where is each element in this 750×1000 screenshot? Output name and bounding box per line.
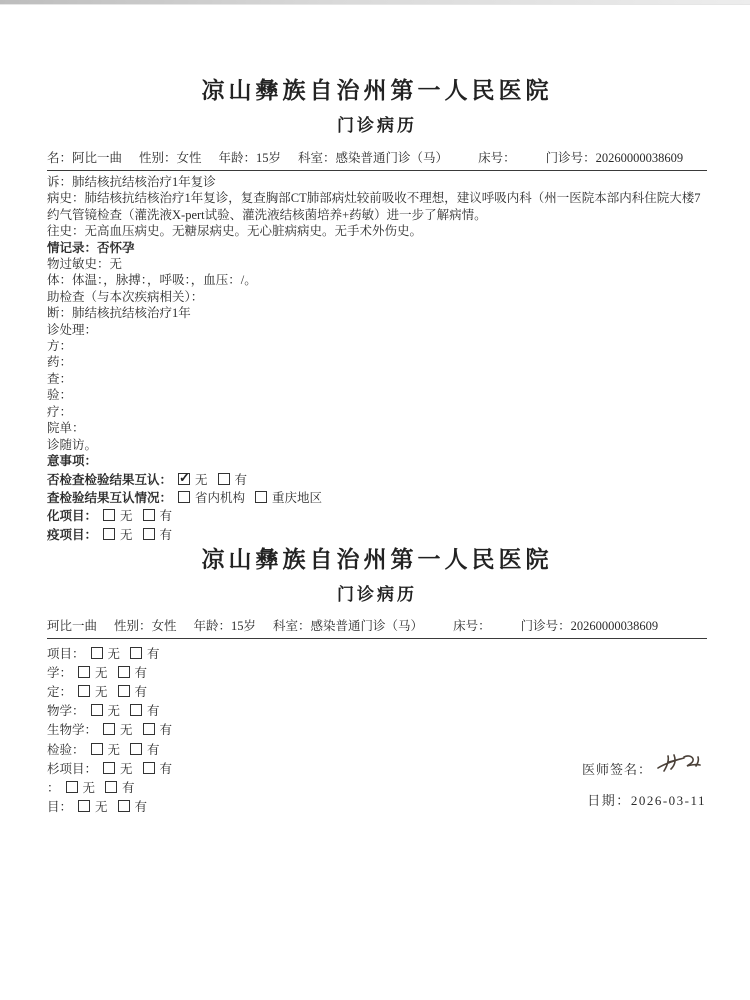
notes-header-line: 意事项：: [47, 453, 707, 469]
checkbox-option-label: 有: [122, 778, 135, 796]
patient-bed-number: 床号：: [478, 148, 516, 166]
checkbox-option-label: 无: [108, 701, 121, 719]
checkbox-row-label: 查检验结果互认情况：: [47, 488, 172, 506]
doctor-signature-label: 医师签名：: [582, 759, 652, 778]
record-body: 诉：肺结核抗结核治疗1年复诊 病史：肺结核抗结核治疗1年复诊，复查胸部CT肺部病…: [47, 174, 707, 469]
checkbox-option-label: 有: [147, 701, 160, 719]
checkbox-option-label: 无: [108, 644, 121, 662]
checkbox-option-label: 有: [135, 797, 148, 815]
checkbox-yes[interactable]: [218, 473, 230, 485]
checkbox-none[interactable]: [78, 800, 90, 812]
patient-bed-number: 床号：: [453, 616, 491, 634]
item-row: 项目： 无 有: [47, 643, 707, 662]
checkbox-row-label: 物学：: [47, 701, 85, 719]
item-row: 生物学： 无 有: [47, 720, 707, 739]
checkbox-option-label: 无: [195, 470, 208, 488]
patient-name: 名：阿比一曲: [47, 148, 122, 166]
history-line-1: 病史：肺结核抗结核治疗1年复诊，复查胸部CT肺部病灶较前吸收不理想，建议呼吸内科…: [47, 190, 707, 206]
checkbox-option-label: 无: [120, 759, 133, 777]
checkbox-row-label: 杉项目：: [47, 759, 97, 777]
checkbox-row-label: 生物学：: [47, 720, 97, 738]
checkbox-none[interactable]: [178, 473, 190, 485]
patient-gender: 性别：女性: [114, 616, 177, 634]
item-row: 物学： 无 有: [47, 701, 707, 720]
hospital-name: 凉山彝族自治州第一人民医院: [47, 541, 707, 574]
checkbox-option-label: 省内机构: [195, 488, 245, 506]
doctor-signature-row: 医师签名：: [582, 758, 706, 778]
checkbox-none[interactable]: [91, 704, 103, 716]
record-page-1: 凉山彝族自治州第一人民医院 门诊病历 名：阿比一曲 性别：女性 年龄：15岁 科…: [47, 72, 707, 543]
item-row: 检验： 无 有: [47, 739, 707, 758]
checkbox-yes[interactable]: [105, 781, 117, 793]
aux-exam-line: 助检查（与本次疾病相关）：: [47, 289, 707, 305]
recognition-scope-row: 查检验结果互认情况： 省内机构 重庆地区: [47, 488, 707, 506]
checkbox-option-label: 有: [147, 644, 160, 662]
medication-line: 药：: [47, 354, 707, 370]
checkbox-option-label: 有: [160, 525, 173, 543]
checkbox-yes[interactable]: [118, 800, 130, 812]
therapy-line: 疗：: [47, 404, 707, 420]
checkbox-row-label: 疫项目：: [47, 525, 97, 543]
patient-name: 珂比一曲: [47, 616, 97, 634]
checkbox-yes[interactable]: [143, 723, 155, 735]
checkbox-option-label: 有: [135, 663, 148, 681]
checkbox-chongqing[interactable]: [255, 491, 267, 503]
checkbox-none[interactable]: [103, 762, 115, 774]
admission-slip-line: 院单：: [47, 420, 707, 436]
checkbox-yes[interactable]: [130, 743, 142, 755]
hospital-name: 凉山彝族自治州第一人民医院: [47, 72, 707, 105]
item-row: 定： 无 有: [47, 681, 707, 700]
patient-info-row: 名：阿比一曲 性别：女性 年龄：15岁 科室：感染普通门诊（马） 床号： 门诊号…: [47, 148, 707, 171]
checkbox-none[interactable]: [103, 723, 115, 735]
document-title: 门诊病历: [47, 580, 707, 605]
checkbox-yes[interactable]: [118, 666, 130, 678]
checkbox-yes[interactable]: [130, 704, 142, 716]
checkbox-row-label: 定：: [47, 682, 72, 700]
checkbox-option-label: 有: [147, 740, 160, 758]
vitals-line: 体：体温：，脉搏：，呼吸：，血压：/。: [47, 272, 707, 288]
date-value: 2026-03-11: [631, 793, 706, 808]
date-row: 日期：2026-03-11: [582, 790, 706, 809]
treatment-header-line: 诊处理：: [47, 322, 707, 338]
past-history-line: 往史：无高血压病史。无糖尿病史。无心脏病病史。无手术外伤史。: [47, 223, 707, 239]
checkbox-option-label: 有: [160, 506, 173, 524]
checkbox-yes[interactable]: [143, 509, 155, 521]
checkbox-option-label: 有: [160, 759, 173, 777]
signature-block: 医师签名： 日期：2026-03-11: [582, 758, 706, 809]
doctor-signature-handwriting: [654, 748, 706, 778]
pregnancy-record-line: 情记录：否怀孕: [47, 240, 707, 256]
item-row: 学： 无 有: [47, 662, 707, 681]
checkbox-row-label: 目：: [47, 797, 72, 815]
checkbox-option-label: 无: [120, 525, 133, 543]
checkbox-none[interactable]: [103, 528, 115, 540]
checkbox-option-label: 无: [83, 778, 96, 796]
diagnosis-line: 断：肺结核抗结核治疗1年: [47, 305, 707, 321]
checkbox-none[interactable]: [66, 781, 78, 793]
checkbox-row-label: 否检查检验结果互认：: [47, 470, 172, 488]
checkbox-none[interactable]: [78, 685, 90, 697]
checkbox-option-label: 无: [108, 740, 121, 758]
chemistry-item-row: 化项目： 无 有: [47, 506, 707, 524]
checkbox-row-label: 学：: [47, 663, 72, 681]
scan-edge-artifact: [0, 0, 750, 5]
checkbox-option-label: 有: [135, 682, 148, 700]
checkbox-row-label: 化项目：: [47, 506, 97, 524]
date-label: 日期：: [587, 793, 631, 808]
checkbox-none[interactable]: [91, 743, 103, 755]
checkbox-option-label: 无: [120, 720, 133, 738]
checkbox-row-label: ：: [47, 778, 60, 796]
checkbox-none[interactable]: [91, 647, 103, 659]
chief-complaint-line: 诉：肺结核抗结核治疗1年复诊: [47, 174, 707, 190]
checkbox-option-label: 无: [120, 506, 133, 524]
patient-department: 科室：感染普通门诊（马）: [298, 148, 448, 166]
checkbox-none[interactable]: [103, 509, 115, 521]
checkbox-yes[interactable]: [143, 762, 155, 774]
patient-gender: 性别：女性: [139, 148, 202, 166]
mutual-recognition-row: 否检查检验结果互认： 无 有: [47, 469, 707, 487]
checkbox-row-label: 项目：: [47, 644, 85, 662]
checkbox-option-label: 无: [95, 663, 108, 681]
patient-info-row: 珂比一曲 性别：女性 年龄：15岁 科室：感染普通门诊（马） 床号： 门诊号：2…: [47, 616, 707, 639]
followup-line: 诊随访。: [47, 437, 707, 453]
checkbox-option-label: 重庆地区: [272, 488, 322, 506]
patient-age: 年龄：15岁: [194, 616, 257, 634]
checkbox-option-label: 无: [95, 682, 108, 700]
checkbox-none[interactable]: [78, 666, 90, 678]
checkbox-yes[interactable]: [143, 528, 155, 540]
checkbox-yes[interactable]: [118, 685, 130, 697]
checkbox-row-label: 检验：: [47, 740, 85, 758]
outpatient-number: 门诊号：20260000038609: [546, 148, 684, 166]
patient-age: 年龄：15岁: [219, 148, 282, 166]
document-title: 门诊病历: [47, 111, 707, 136]
checkbox-option-label: 有: [235, 470, 248, 488]
lab-line: 验：: [47, 387, 707, 403]
allergy-history-line: 物过敏史：无: [47, 256, 707, 272]
page1-checkbox-section: 否检查检验结果互认： 无 有 查检验结果互认情况： 省内机构 重庆地区 化项目：…: [47, 469, 707, 543]
patient-department: 科室：感染普通门诊（马）: [273, 616, 423, 634]
checkbox-option-label: 无: [95, 797, 108, 815]
history-line-2: 约气管镜检查（灌洗液X-pert试验、灌洗液结核菌培养+药敏）进一步了解病情。: [47, 207, 707, 223]
checkbox-yes[interactable]: [130, 647, 142, 659]
outpatient-number: 门诊号：20260000038609: [521, 616, 659, 634]
prescription-line: 方：: [47, 338, 707, 354]
exam-line: 查：: [47, 371, 707, 387]
checkbox-province[interactable]: [178, 491, 190, 503]
checkbox-option-label: 有: [160, 720, 173, 738]
